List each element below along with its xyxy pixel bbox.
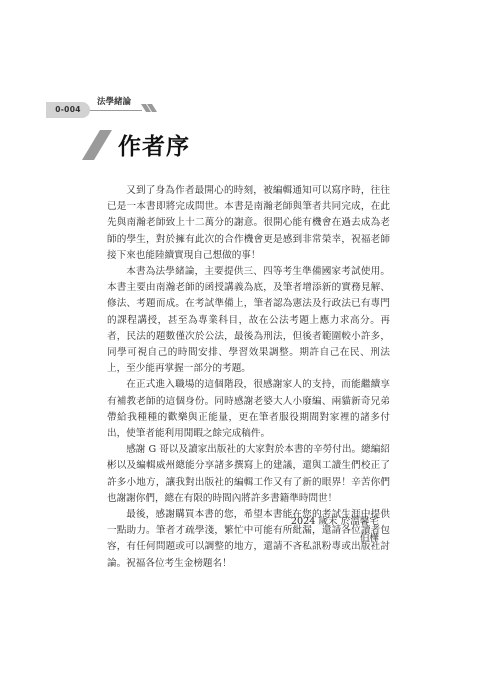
paragraph: 感謝 G 哥以及讀家出版社的大家對於本書的辛勞付出。總編紹彬以及編輯威州總能分享… bbox=[107, 442, 390, 507]
double-slash-icon bbox=[141, 104, 157, 112]
paragraph: 在正式進入職場的這個階段，很感謝家人的支持，而能繼續享有補教老師的這個身份。同時… bbox=[107, 377, 390, 442]
running-header: 0-004 法學緒論 bbox=[0, 92, 495, 122]
signature-author: 伯樺 bbox=[291, 530, 379, 547]
slash-decoration-icon bbox=[82, 130, 112, 160]
paragraph: 又到了身為作者最開心的時刻，被編輯通知可以寫序時，往往已是一本書即將完成問世。本… bbox=[107, 183, 390, 264]
page-title: 作者序 bbox=[118, 128, 190, 161]
page-number-tab: 0-004 bbox=[46, 102, 90, 118]
header-divider bbox=[90, 110, 142, 111]
signature-date-place: 2024 歲末 於溫馨宅 bbox=[291, 513, 379, 530]
paragraph: 本書為法學緒論，主要提供三、四等考生準備國家考試使用。本書主要由南瀚老師的函授講… bbox=[107, 264, 390, 377]
chapter-title: 法學緒論 bbox=[97, 95, 131, 107]
signature-block: 2024 歲末 於溫馨宅 伯樺 bbox=[291, 513, 379, 547]
